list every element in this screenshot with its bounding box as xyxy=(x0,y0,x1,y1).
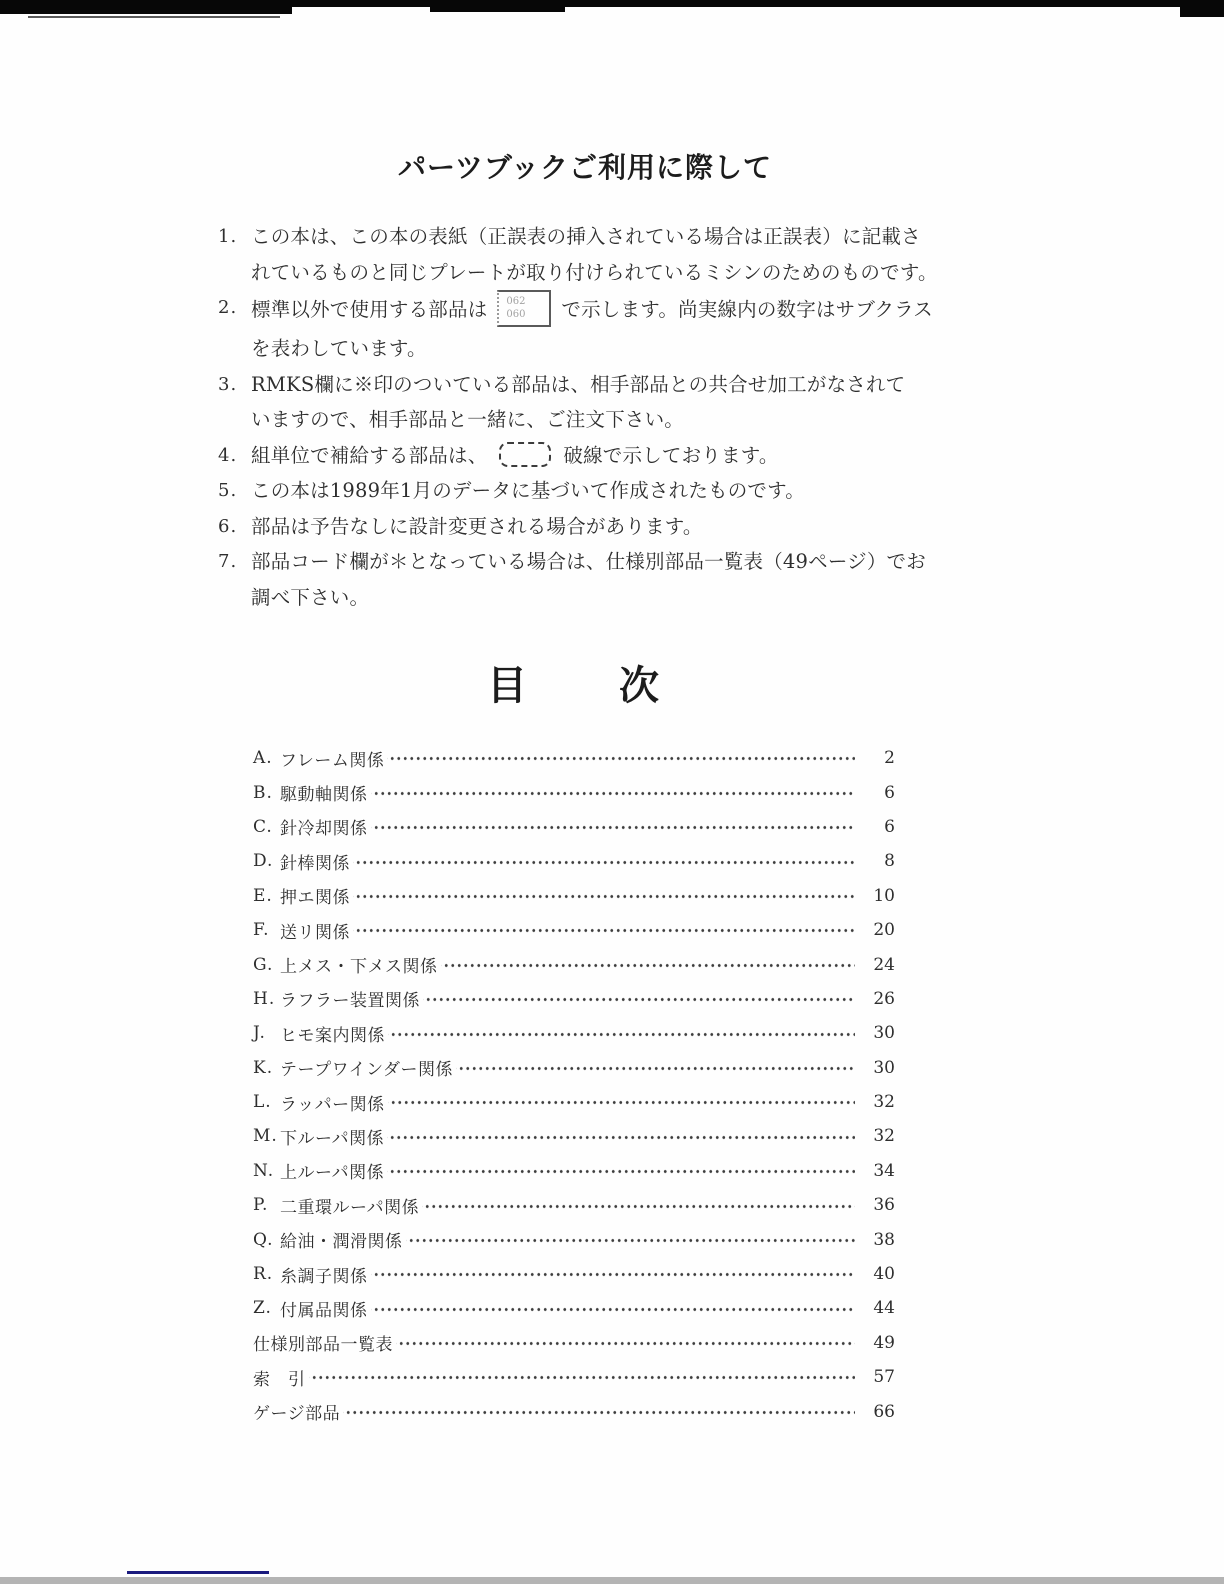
dot-leader xyxy=(441,956,856,973)
scan-artifact-top-band-middle xyxy=(430,0,565,12)
dot-leader xyxy=(388,1025,855,1042)
scanned-page: パーツブックご利用に際して 1. この本は、この本の表紙（正誤表の挿入されている… xyxy=(0,0,1224,1584)
dot-leader xyxy=(456,1059,855,1076)
item-text: 標準以外で使用する部品は062060で示します。尚実線内の数字はサブクラス を表… xyxy=(251,290,948,367)
item-line: 部品は予告なしに設計変更される場合があります。 xyxy=(251,515,703,538)
toc-page-number: 24 xyxy=(859,955,895,975)
item-line: 組単位で補給する部品は、 xyxy=(251,444,487,467)
instruction-item-1: 1. この本は、この本の表紙（正誤表の挿入されている場合は正誤表）に記載さ れて… xyxy=(218,219,948,290)
dot-leader xyxy=(371,784,856,801)
toc-row: K. テープワインダー関係 30 xyxy=(253,1051,895,1085)
toc-row: R. 糸調子関係 40 xyxy=(253,1257,895,1291)
toc-page-number: 8 xyxy=(859,851,895,871)
item-line: RMKS欄に※印のついている部品は、相手部品との共合せ加工がなされて xyxy=(251,373,905,396)
item-number: 2. xyxy=(218,290,251,326)
toc-section-letter: L. xyxy=(253,1092,280,1112)
toc-row: B. 駆動軸関係 6 xyxy=(253,775,895,809)
toc-page-number: 32 xyxy=(859,1126,895,1146)
item-text: RMKS欄に※印のついている部品は、相手部品との共合せ加工がなされて いますので… xyxy=(251,367,948,438)
toc-row: N. 上ルーパ関係 34 xyxy=(253,1154,895,1188)
scan-artifact-top-band-left xyxy=(0,0,292,14)
toc-section-name: フレーム関係 xyxy=(280,746,384,771)
toc-row: A. フレーム関係 2 xyxy=(253,741,895,775)
dot-leader xyxy=(353,922,855,939)
table-of-contents: A. フレーム関係 2 B. 駆動軸関係 6 C. 針冷却関係 6 D. 針棒関… xyxy=(253,741,895,1429)
instruction-item-3: 3. RMKS欄に※印のついている部品は、相手部品との共合せ加工がなされて いま… xyxy=(218,367,948,438)
item-text: この本は1989年1月のデータに基づいて作成されたものです。 xyxy=(251,473,948,509)
dot-leader xyxy=(371,1300,856,1317)
dot-leader xyxy=(343,1403,855,1420)
dot-leader xyxy=(387,750,855,767)
toc-section-name: ゲージ部品 xyxy=(253,1399,340,1424)
instruction-item-5: 5. この本は1989年1月のデータに基づいて作成されたものです。 xyxy=(218,473,948,509)
toc-row: E. 押エ関係 10 xyxy=(253,879,895,913)
toc-section-letter: J. xyxy=(253,1023,280,1043)
instruction-item-6: 6. 部品は予告なしに設計変更される場合があります。 xyxy=(218,509,948,545)
item-line: 標準以外で使用する部品は xyxy=(251,298,487,321)
dot-leader xyxy=(353,853,855,870)
toc-section-letter: B. xyxy=(253,783,280,803)
toc-section-name: 上ルーパ関係 xyxy=(280,1158,384,1183)
toc-page-number: 2 xyxy=(859,748,895,768)
scan-artifact-navy-line xyxy=(127,1571,269,1574)
toc-heading: 目 次 xyxy=(0,654,1150,711)
instruction-item-4: 4. 組単位で補給する部品は、破線で示しております。 xyxy=(218,438,948,474)
toc-row: L. ラッパー関係 32 xyxy=(253,1085,895,1119)
toc-page-number: 30 xyxy=(859,1058,895,1078)
toc-row: M. 下ルーパ関係 32 xyxy=(253,1119,895,1153)
toc-row: Z. 付属品関係 44 xyxy=(253,1291,895,1325)
toc-section-name: 二重環ルーパ関係 xyxy=(280,1193,419,1218)
toc-page-number: 34 xyxy=(859,1161,895,1181)
toc-section-name: 糸調子関係 xyxy=(280,1262,368,1287)
scan-artifact-bottom-edge xyxy=(0,1577,1224,1584)
toc-section-name: 針冷却関係 xyxy=(280,814,368,839)
dot-leader xyxy=(371,818,856,835)
toc-section-letter: N. xyxy=(253,1161,280,1181)
toc-section-letter: E. xyxy=(253,886,280,906)
toc-section-letter: K. xyxy=(253,1058,280,1078)
item-number: 1. xyxy=(218,219,251,255)
item-text: 組単位で補給する部品は、破線で示しております。 xyxy=(251,438,948,474)
toc-section-name: 仕様別部品一覧表 xyxy=(253,1330,393,1355)
page-title: パーツブックご利用に際して xyxy=(0,146,1170,186)
dot-leader xyxy=(396,1334,855,1351)
toc-row: P. 二重環ルーパ関係 36 xyxy=(253,1188,895,1222)
toc-row: J. ヒモ案内関係 30 xyxy=(253,1016,895,1050)
toc-section-name: ラッパー関係 xyxy=(280,1090,385,1115)
dot-leader xyxy=(371,1266,856,1283)
toc-section-name: 索 引 xyxy=(253,1365,306,1390)
toc-page-number: 36 xyxy=(859,1195,895,1215)
toc-section-name: 駆動軸関係 xyxy=(280,780,368,805)
item-number: 6. xyxy=(218,509,251,545)
toc-page-number: 49 xyxy=(859,1333,895,1353)
toc-section-name: ラフラー装置関係 xyxy=(280,986,420,1011)
dot-leader xyxy=(387,1162,855,1179)
toc-row: 仕様別部品一覧表 49 xyxy=(253,1326,895,1360)
toc-row: C. 針冷却関係 6 xyxy=(253,810,895,844)
toc-page-number: 6 xyxy=(859,817,895,837)
toc-page-number: 30 xyxy=(859,1023,895,1043)
toc-section-letter: M. xyxy=(253,1126,280,1146)
toc-page-number: 26 xyxy=(859,989,895,1009)
item-line: 破線で示しております。 xyxy=(563,444,778,467)
toc-page-number: 6 xyxy=(859,783,895,803)
item-line: れているものと同じプレートが取り付けられているミシンのためのものです。 xyxy=(251,261,938,284)
toc-section-name: 押エ関係 xyxy=(280,883,350,908)
item-number: 3. xyxy=(218,367,251,403)
item-line: この本は、この本の表紙（正誤表の挿入されている場合は正誤表）に記載さ xyxy=(251,225,921,248)
unit-supply-dashed-box xyxy=(499,442,551,467)
dot-leader xyxy=(423,990,855,1007)
toc-section-letter: R. xyxy=(253,1264,280,1284)
item-line: で示します。尚実線内の数字はサブクラス xyxy=(561,298,933,321)
toc-row: 索 引 57 xyxy=(253,1360,895,1394)
scan-artifact-thin-line xyxy=(28,16,280,18)
toc-page-number: 10 xyxy=(859,886,895,906)
toc-row: D. 針棒関係 8 xyxy=(253,844,895,878)
toc-row: Q. 給油・潤滑関係 38 xyxy=(253,1222,895,1256)
toc-section-letter: G. xyxy=(253,955,280,975)
toc-page-number: 32 xyxy=(859,1092,895,1112)
item-text: 部品は予告なしに設計変更される場合があります。 xyxy=(251,509,948,545)
dot-leader xyxy=(422,1197,855,1214)
toc-page-number: 66 xyxy=(859,1402,895,1422)
toc-section-letter: C. xyxy=(253,817,280,837)
toc-section-name: 送リ関係 xyxy=(280,918,350,943)
toc-section-name: 下ルーパ関係 xyxy=(280,1124,384,1149)
toc-section-letter: H. xyxy=(253,989,280,1009)
toc-section-letter: F. xyxy=(253,920,280,940)
toc-page-number: 20 xyxy=(859,920,895,940)
subclass-code-bottom: 060 xyxy=(506,308,549,321)
item-number: 5. xyxy=(218,473,251,509)
toc-page-number: 57 xyxy=(859,1367,895,1387)
toc-page-number: 40 xyxy=(859,1264,895,1284)
toc-section-letter: D. xyxy=(253,851,280,871)
toc-section-name: 付属品関係 xyxy=(280,1296,368,1321)
instructions-list: 1. この本は、この本の表紙（正誤表の挿入されている場合は正誤表）に記載さ れて… xyxy=(218,219,948,615)
toc-section-letter: Z. xyxy=(253,1298,280,1318)
subclass-code-top: 062 xyxy=(506,295,549,308)
toc-section-name: 上メス・下メス関係 xyxy=(280,952,438,977)
dot-leader xyxy=(387,1128,855,1145)
toc-row: G. 上メス・下メス関係 24 xyxy=(253,947,895,981)
dot-leader xyxy=(353,887,855,904)
toc-section-name: 針棒関係 xyxy=(280,849,350,874)
toc-page-number: 38 xyxy=(859,1230,895,1250)
item-line: 調べ下さい。 xyxy=(251,586,369,609)
toc-section-letter: A. xyxy=(253,748,280,768)
dot-leader xyxy=(309,1369,856,1386)
instruction-item-2: 2. 標準以外で使用する部品は062060で示します。尚実線内の数字はサブクラス… xyxy=(218,290,948,367)
item-line: いますので、相手部品と一緒に、ご注文下さい。 xyxy=(251,408,684,431)
toc-page-number: 44 xyxy=(859,1298,895,1318)
item-text: この本は、この本の表紙（正誤表の挿入されている場合は正誤表）に記載さ れているも… xyxy=(251,219,948,290)
scan-artifact-top-band-right xyxy=(1180,0,1224,17)
toc-section-name: テープワインダー関係 xyxy=(280,1055,453,1080)
toc-section-name: 給油・潤滑関係 xyxy=(280,1227,403,1252)
toc-section-letter: P. xyxy=(253,1195,280,1215)
item-text: 部品コード欄が＊となっている場合は、仕様別部品一覧表（49ページ）でお 調べ下さ… xyxy=(251,544,948,615)
item-number: 4. xyxy=(218,438,251,474)
toc-row: F. 送リ関係 20 xyxy=(253,913,895,947)
item-line: この本は1989年1月のデータに基づいて作成されたものです。 xyxy=(251,479,805,502)
toc-row: ゲージ部品 66 xyxy=(253,1394,895,1428)
item-line: を表わしています。 xyxy=(251,337,427,360)
item-line: 部品コード欄が＊となっている場合は、仕様別部品一覧表（49ページ）でお xyxy=(251,550,926,573)
toc-section-name: ヒモ案内関係 xyxy=(280,1021,385,1046)
item-number: 7. xyxy=(218,544,251,580)
toc-section-letter: Q. xyxy=(253,1230,280,1250)
instruction-item-7: 7. 部品コード欄が＊となっている場合は、仕様別部品一覧表（49ページ）でお 調… xyxy=(218,544,948,615)
dot-leader xyxy=(406,1231,856,1248)
dot-leader xyxy=(388,1094,855,1111)
toc-row: H. ラフラー装置関係 26 xyxy=(253,982,895,1016)
subclass-code-box: 062060 xyxy=(497,290,551,327)
